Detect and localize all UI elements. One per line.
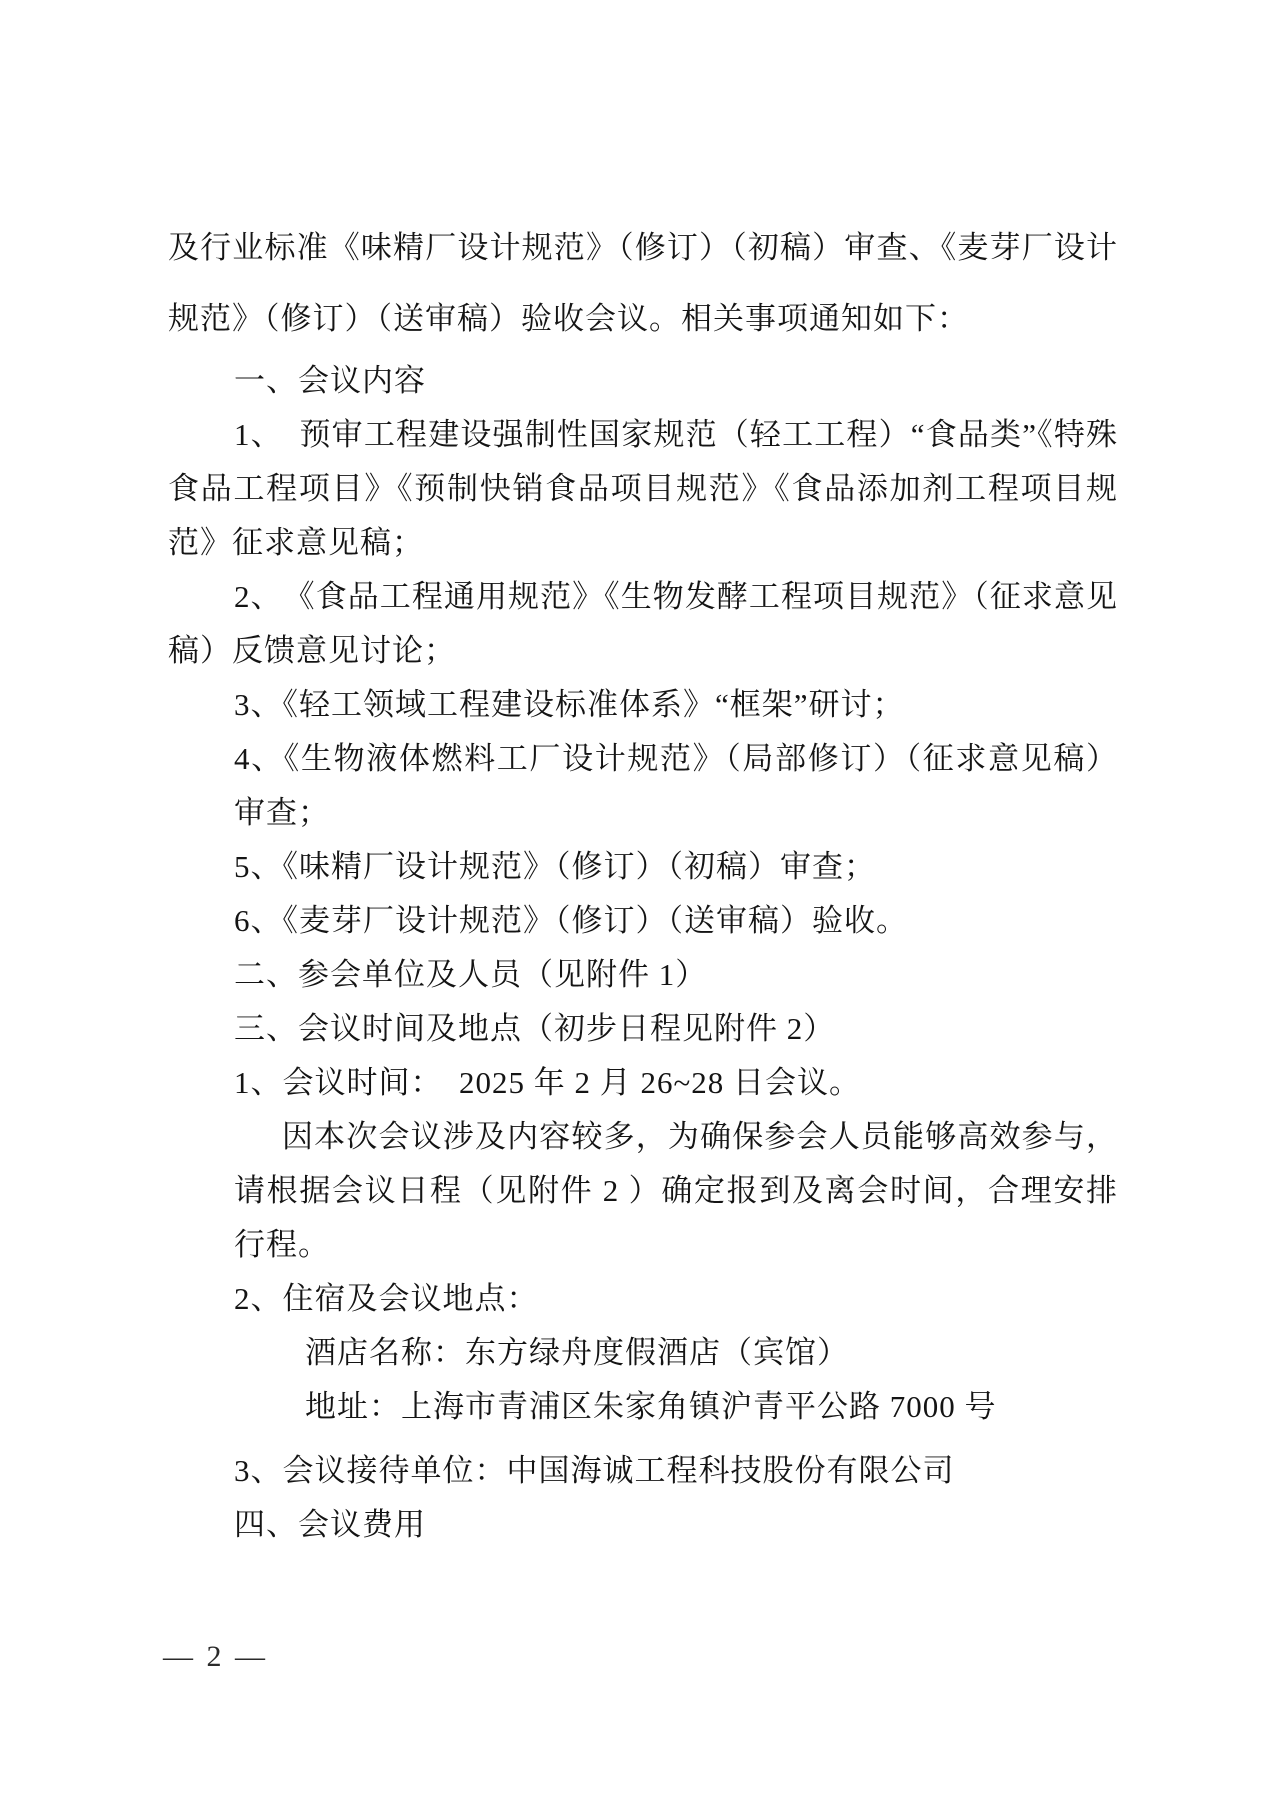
page-number: — 2 — [163,1630,268,1684]
list-item-6-malt-plant-acceptance: 6、《麦芽厂设计规范》（修订）（送审稿）验收。 [168,894,1118,948]
line-hotel-address: 地址：上海市青浦区朱家角镇沪青平公路 7000 号 [168,1380,1118,1434]
list-item-2-feedback-discussion: 2、 《食品工程通用规范》《生物发酵工程项目规范》（征求意见稿）反馈意见讨论； [168,570,1118,678]
list-item-4-biofuel-plant-review: 4、《生物液体燃料工厂设计规范》（局部修订）（征求意见稿）审查； [234,732,1118,840]
para-schedule-note: 因本次会议涉及内容较多，为确保参会人员能够高效参与，请根据会议日程（见附件 2 … [234,1110,1118,1272]
heading-section-3-time-location: 三、会议时间及地点（初步日程见附件 2） [168,1002,1118,1056]
document-body: 及行业标准《味精厂设计规范》（修订）（初稿）审查、《麦芽厂设计规范》（修订）（送… [168,212,1118,1552]
line-hotel-name: 酒店名称：东方绿舟度假酒店（宾馆） [168,1326,1118,1380]
item-meeting-time: 1、会议时间： 2025 年 2 月 26~28 日会议。 [168,1056,1118,1110]
heading-section-2-attendees: 二、参会单位及人员（见附件 1） [168,948,1118,1002]
scanned-document-page: 及行业标准《味精厂设计规范》（修订）（初稿）审查、《麦芽厂设计规范》（修订）（送… [0,0,1264,1796]
list-item-5-msg-plant-review: 5、《味精厂设计规范》（修订）（初稿）审查； [168,840,1118,894]
para-continuation-opening: 及行业标准《味精厂设计规范》（修订）（初稿）审查、《麦芽厂设计规范》（修订）（送… [168,212,1118,354]
heading-section-1-meeting-content: 一、会议内容 [168,354,1118,408]
item-accommodation-location: 2、住宿及会议地点： [168,1272,1118,1326]
list-item-3-framework-seminar: 3、《轻工领域工程建设标准体系》“框架”研讨； [168,678,1118,732]
item-reception-unit: 3、会议接待单位：中国海诚工程科技股份有限公司 [168,1444,1118,1498]
heading-section-4-meeting-fee: 四、会议费用 [168,1498,1118,1552]
list-item-1-pre-review-national-codes: 1、 预审工程建设强制性国家规范（轻工工程）“食品类”《特殊食品工程项目》《预制… [168,408,1118,570]
